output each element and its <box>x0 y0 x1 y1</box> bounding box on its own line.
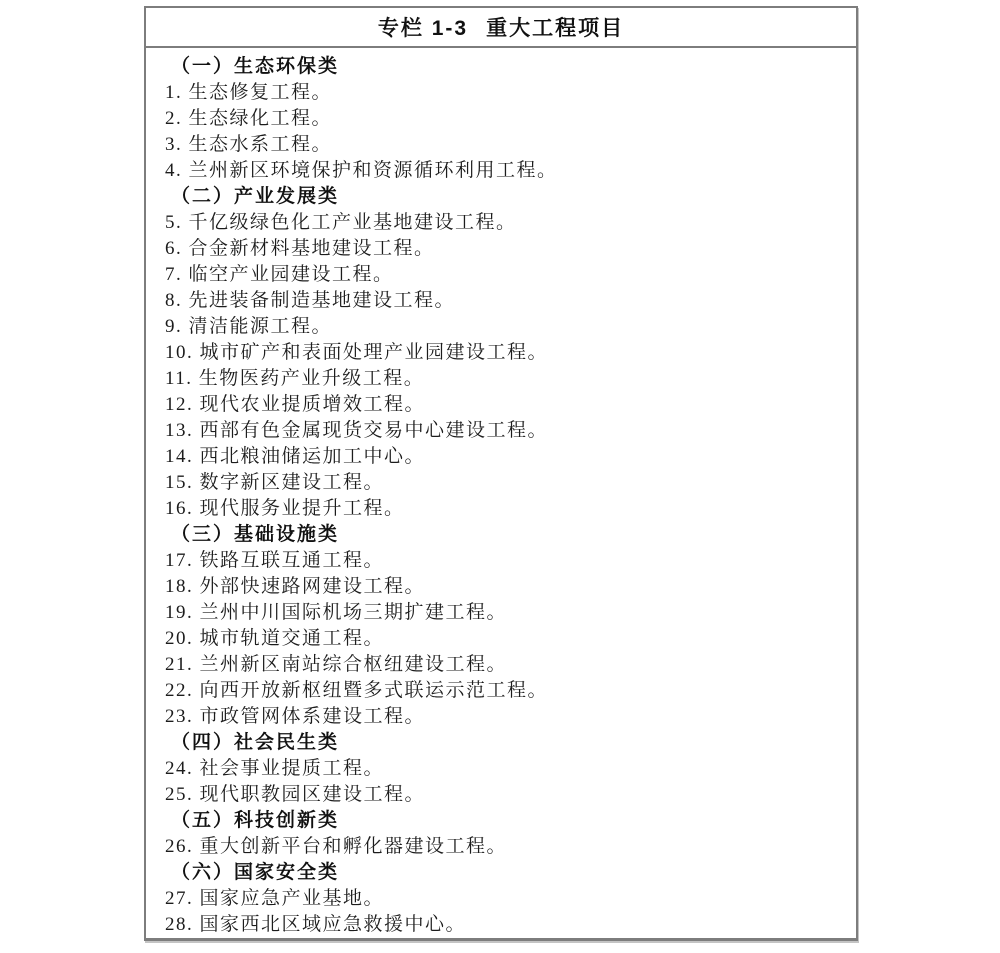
list-item: 1. 生态修复工程。 <box>165 80 836 106</box>
list-item: 16. 现代服务业提升工程。 <box>165 496 836 522</box>
list-item: 6. 合金新材料基地建设工程。 <box>165 236 836 262</box>
section-heading-industry: （二）产业发展类 <box>165 184 836 210</box>
list-item: 23. 市政管网体系建设工程。 <box>165 704 836 730</box>
list-item: 27. 国家应急产业基地。 <box>165 886 836 912</box>
list-item: 12. 现代农业提质增效工程。 <box>165 392 836 418</box>
box-header: 专栏 1-3 重大工程项目 <box>146 8 856 48</box>
list-item: 13. 西部有色金属现货交易中心建设工程。 <box>165 418 836 444</box>
list-item: 7. 临空产业园建设工程。 <box>165 262 836 288</box>
list-item: 5. 千亿级绿色化工产业基地建设工程。 <box>165 210 836 236</box>
list-item: 2. 生态绿化工程。 <box>165 106 836 132</box>
list-item: 8. 先进装备制造基地建设工程。 <box>165 288 836 314</box>
list-item: 10. 城市矿产和表面处理产业园建设工程。 <box>165 340 836 366</box>
section-heading-security: （六）国家安全类 <box>165 860 836 886</box>
section-heading-eco: （一）生态环保类 <box>165 54 836 80</box>
list-item: 20. 城市轨道交通工程。 <box>165 626 836 652</box>
list-item: 19. 兰州中川国际机场三期扩建工程。 <box>165 600 836 626</box>
list-item: 4. 兰州新区环境保护和资源循环利用工程。 <box>165 158 836 184</box>
list-item: 24. 社会事业提质工程。 <box>165 756 836 782</box>
box-body: （一）生态环保类 1. 生态修复工程。 2. 生态绿化工程。 3. 生态水系工程… <box>146 48 856 938</box>
list-item: 17. 铁路互联互通工程。 <box>165 548 836 574</box>
list-item: 21. 兰州新区南站综合枢纽建设工程。 <box>165 652 836 678</box>
list-item: 28. 国家西北区域应急救援中心。 <box>165 912 836 938</box>
list-item: 9. 清洁能源工程。 <box>165 314 836 340</box>
list-item: 18. 外部快速路网建设工程。 <box>165 574 836 600</box>
section-heading-infrastructure: （三）基础设施类 <box>165 522 836 548</box>
list-item: 3. 生态水系工程。 <box>165 132 836 158</box>
list-item: 14. 西北粮油储运加工中心。 <box>165 444 836 470</box>
section-heading-innovation: （五）科技创新类 <box>165 808 836 834</box>
list-item: 22. 向西开放新枢纽暨多式联运示范工程。 <box>165 678 836 704</box>
list-item: 26. 重大创新平台和孵化器建设工程。 <box>165 834 836 860</box>
document-page: 专栏 1-3 重大工程项目 （一）生态环保类 1. 生态修复工程。 2. 生态绿… <box>0 0 1000 953</box>
list-item: 25. 现代职教园区建设工程。 <box>165 782 836 808</box>
list-item: 11. 生物医药产业升级工程。 <box>165 366 836 392</box>
box-title: 重大工程项目 <box>486 12 624 42</box>
feature-box-panel: 专栏 1-3 重大工程项目 （一）生态环保类 1. 生态修复工程。 2. 生态绿… <box>144 6 858 941</box>
list-item: 15. 数字新区建设工程。 <box>165 470 836 496</box>
box-number-label: 专栏 1-3 <box>378 12 468 42</box>
section-heading-livelihood: （四）社会民生类 <box>165 730 836 756</box>
